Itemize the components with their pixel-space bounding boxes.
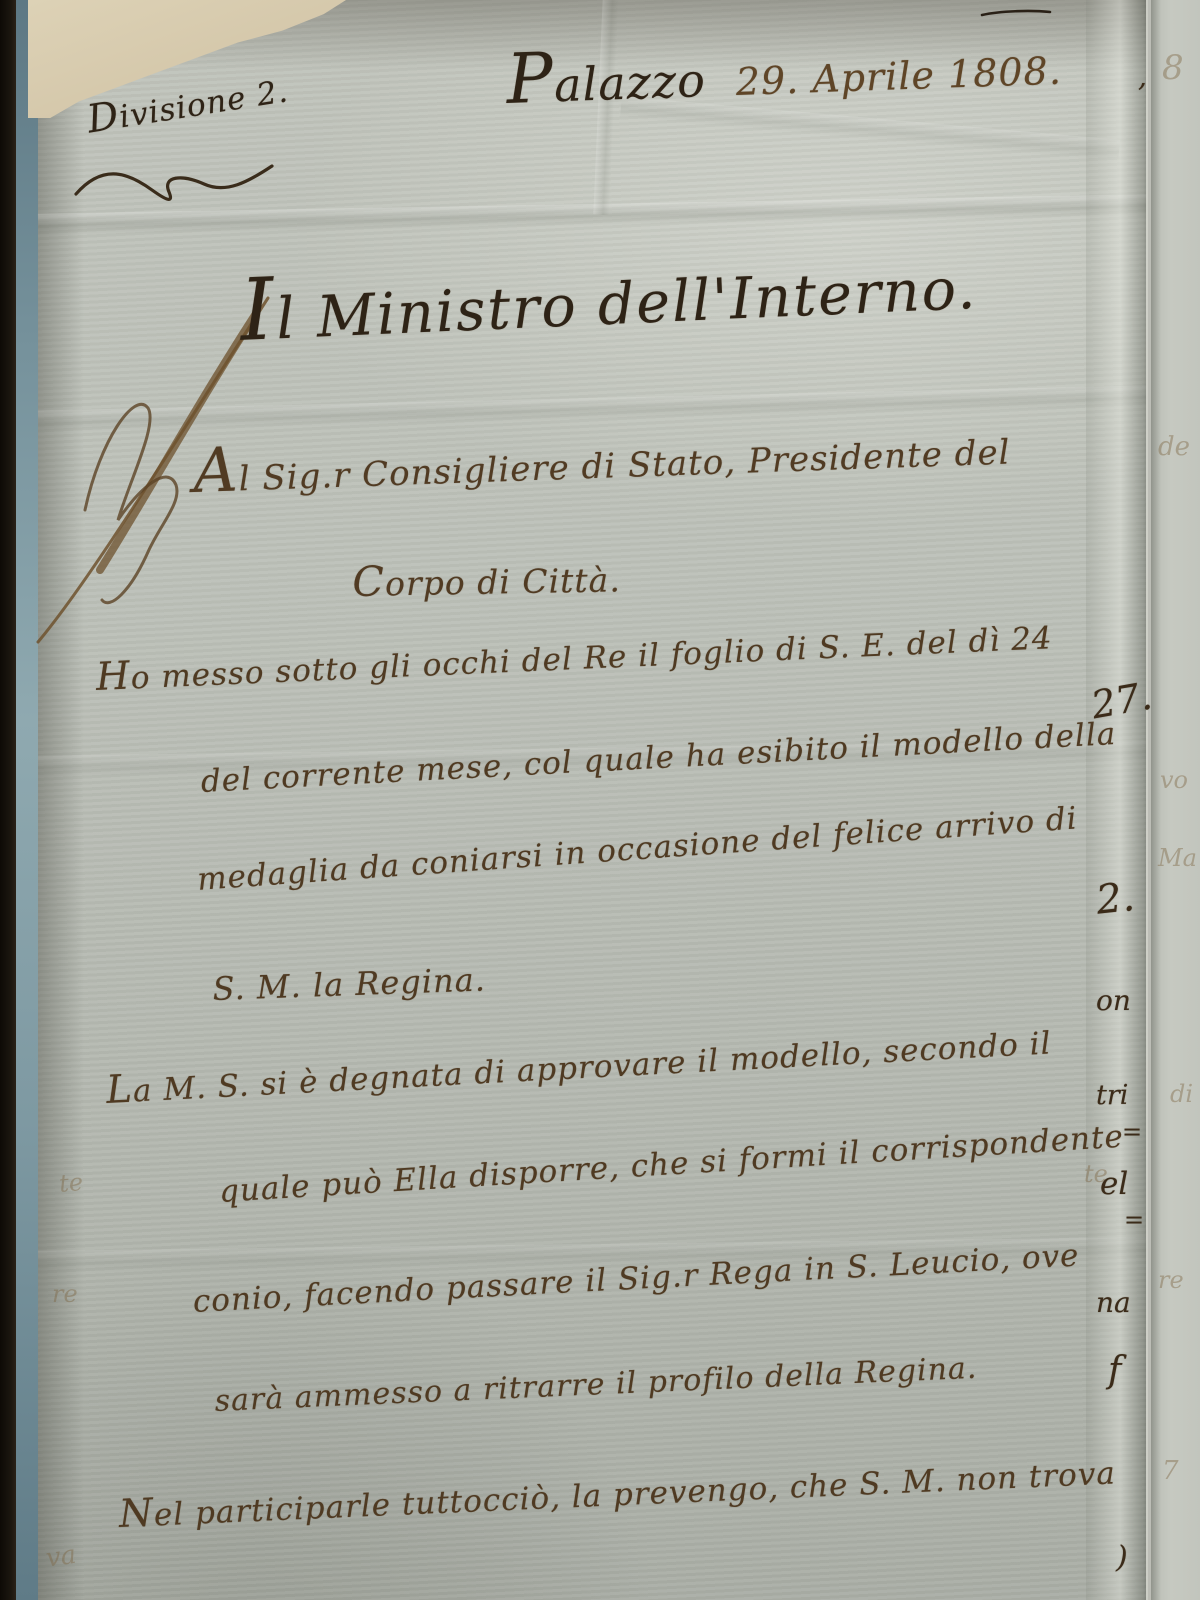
edge-fragment: = <box>1122 1118 1142 1146</box>
edge-fragment: di <box>1170 1080 1193 1108</box>
edge-fragment: na <box>1096 1286 1131 1319</box>
edge-fragment: f <box>1108 1350 1121 1391</box>
date-text: 29. Aprile 1808. <box>735 49 1062 104</box>
edge-fragment: vo <box>1160 766 1188 794</box>
ink-dash <box>980 6 1052 20</box>
division-flourish <box>72 154 282 220</box>
ghost-fragment: re <box>52 1280 78 1308</box>
edge-fragment: 8 <box>1162 48 1184 88</box>
edge-fragment: Ma <box>1158 844 1197 872</box>
edge-fragment: re <box>1158 1266 1184 1294</box>
edge-fragment: 2. <box>1094 874 1137 924</box>
edge-fragment: te <box>1084 1160 1108 1188</box>
book-binding-edge <box>0 0 16 1600</box>
edge-fragment: 7 <box>1162 1456 1179 1486</box>
page-gutter-shadow <box>38 0 84 1600</box>
edge-fragment: = <box>1124 1206 1144 1234</box>
underlying-page-edge <box>16 0 40 1600</box>
place-name: Palazzo <box>505 33 707 120</box>
manuscript-photo: Palazzo29. Aprile 1808. Divisione 2. Il … <box>0 0 1200 1600</box>
ghost-fragment: te <box>58 1168 84 1198</box>
salutation-line-2: Corpo di Città. <box>352 553 621 606</box>
adjacent-page <box>1151 0 1200 1600</box>
edge-fragment: tri <box>1096 1080 1128 1111</box>
ghost-fragment: va <box>44 1540 78 1574</box>
edge-fragment: , <box>1138 60 1147 93</box>
edge-fragment: ) <box>1116 1540 1128 1575</box>
edge-fragment: de <box>1158 432 1190 462</box>
letter-page <box>38 0 1148 1600</box>
edge-fragment: on <box>1096 984 1131 1017</box>
